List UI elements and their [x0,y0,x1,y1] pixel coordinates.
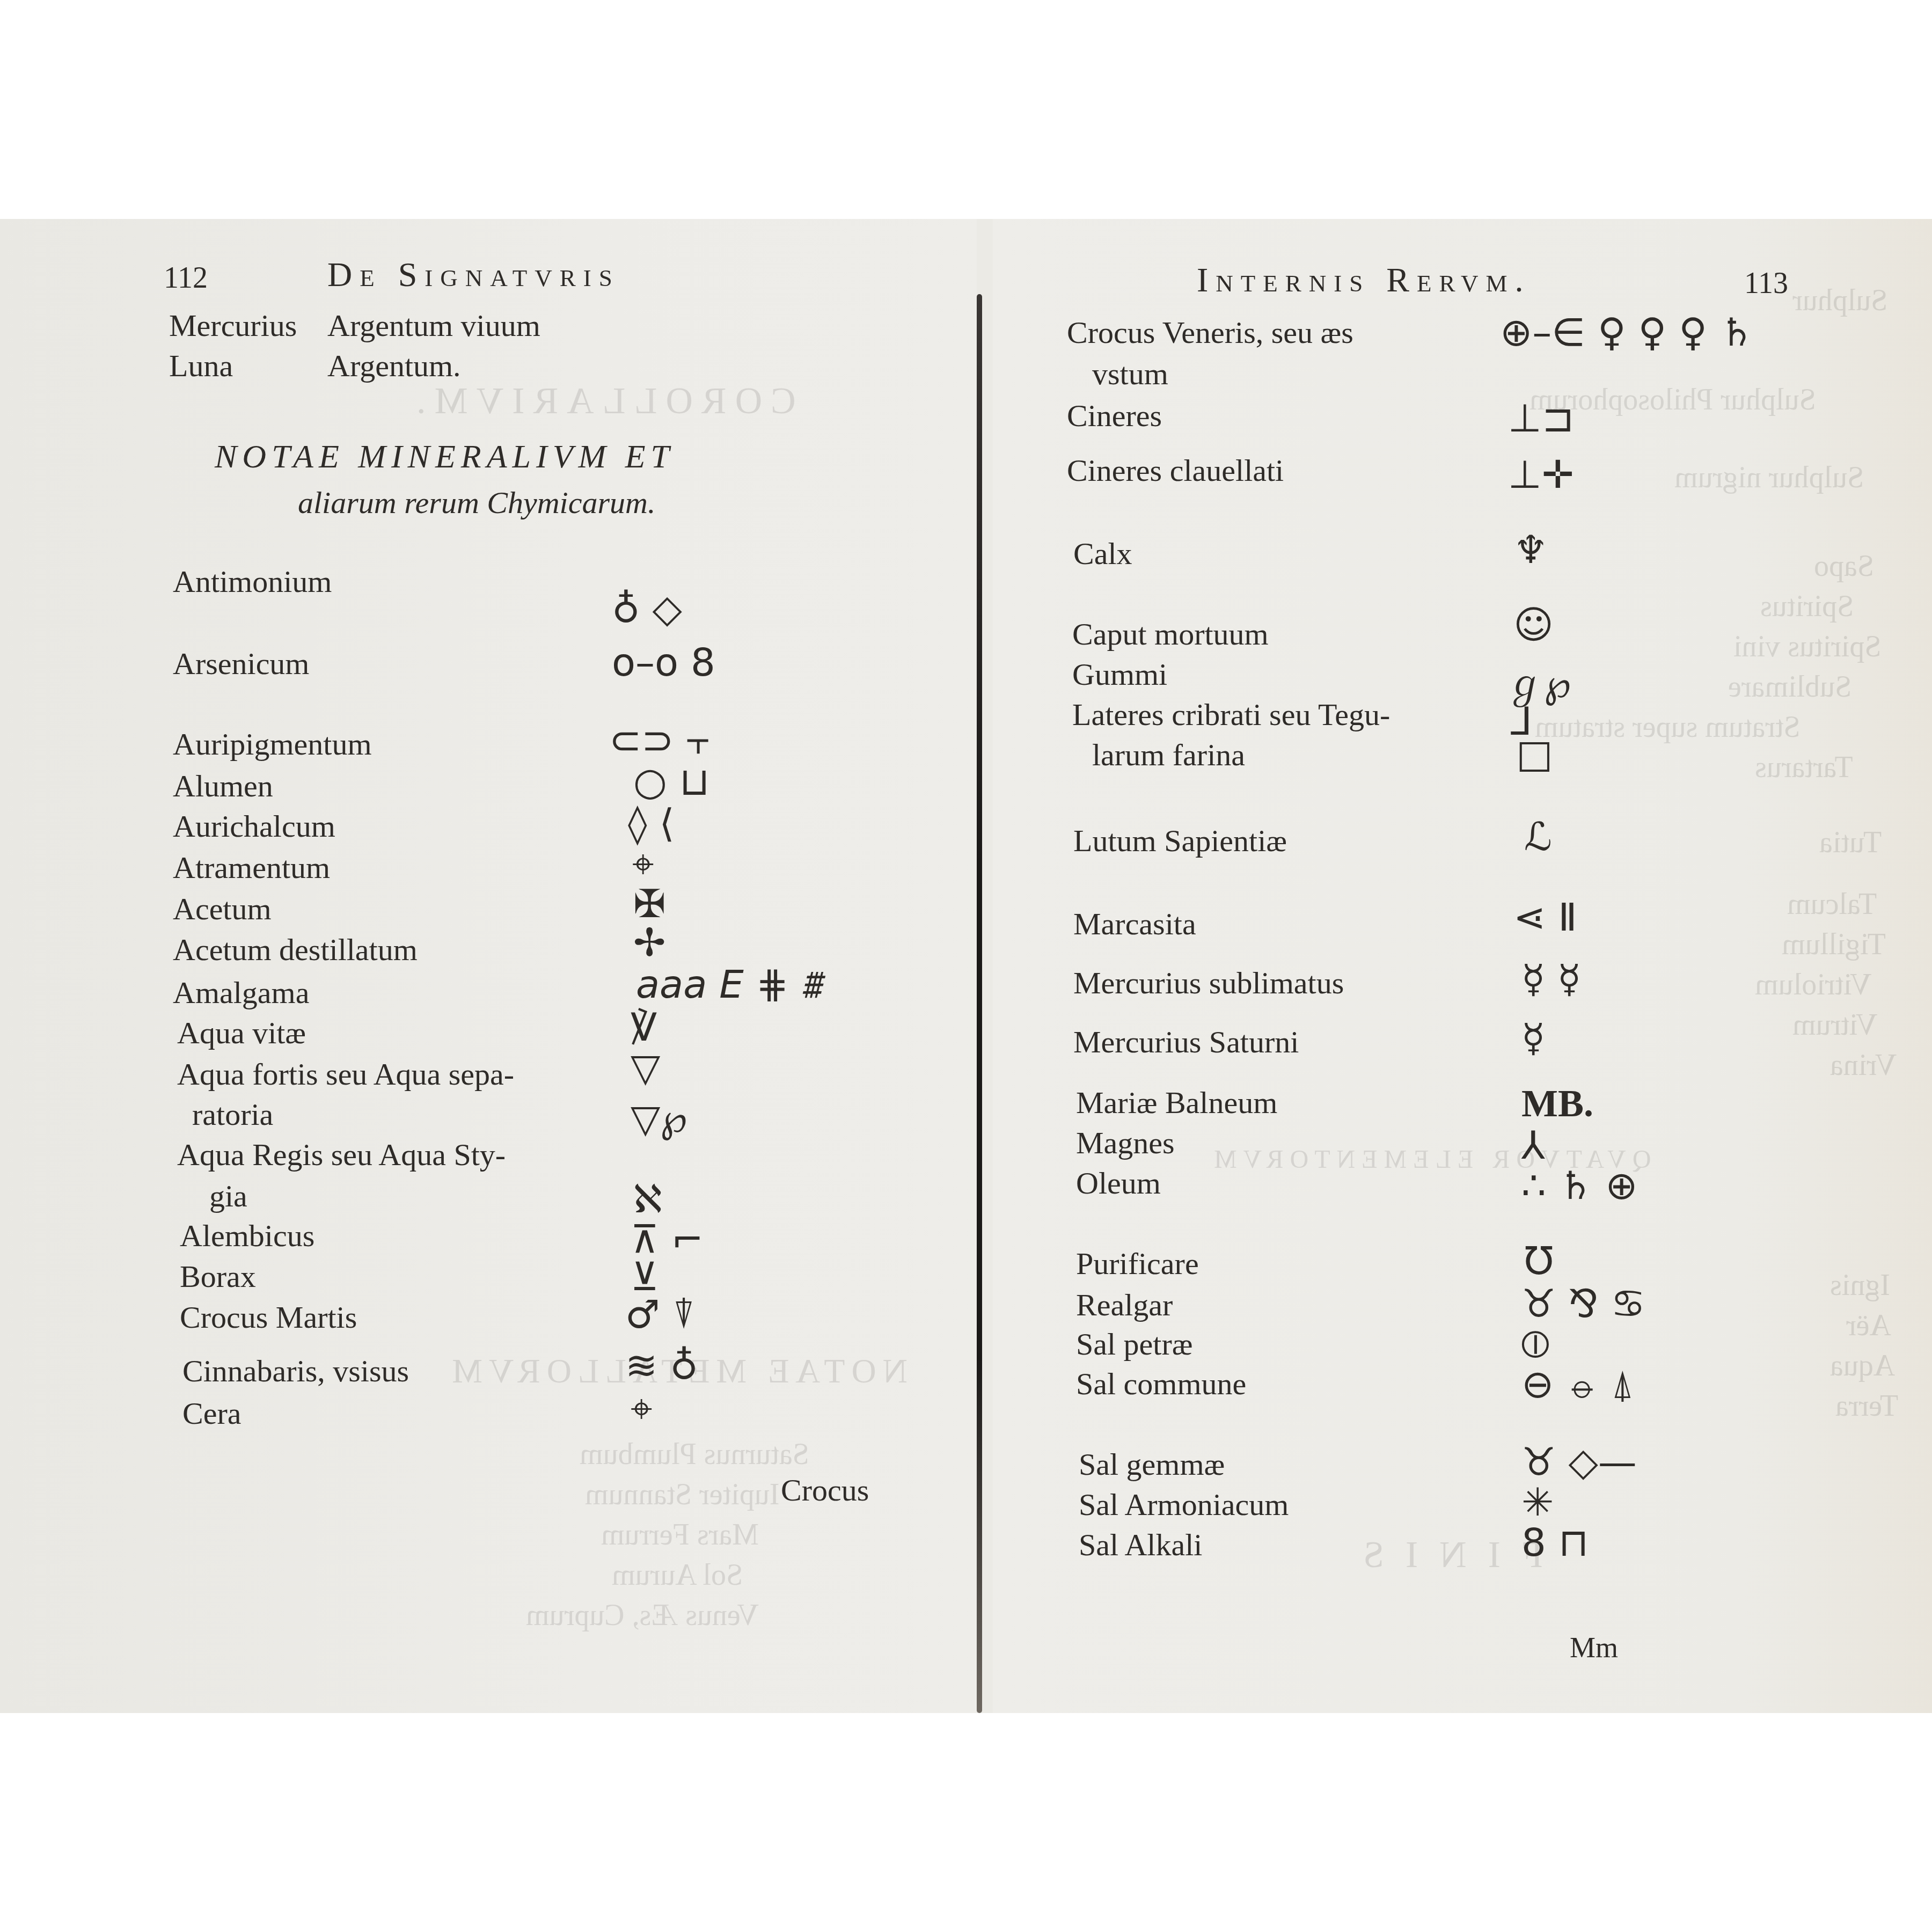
entry-label: Mercurius Saturni [1073,1027,1299,1058]
show-through-text: FINIS [1342,1534,1543,1577]
entry-label: Sal Armoniacum [1079,1489,1289,1520]
entry-label: Sal commune [1076,1368,1246,1400]
show-through-text: Vitriolum [1755,968,1872,1002]
aqua-fortis-symbol-icon: ▽ [631,1048,660,1087]
mercurius-sublimatus-symbol-icon: ☿ ☿ [1521,960,1581,998]
show-through-text: Sapo [1814,549,1874,583]
entry-label: Aqua vitæ [177,1018,306,1049]
mariae-balneum-symbol-icon: MB. [1521,1084,1593,1123]
entry-label: Calx [1073,538,1132,569]
show-through-text: Vrina [1830,1048,1897,1082]
entry-label: Aqua Regis seu Aqua Sty- [177,1139,506,1170]
cineres-clauellati-symbol-icon: ⊥✛ [1508,455,1574,494]
section-subtitle: aliarum rerum Chymicarum. [298,487,655,518]
entry-label: Aqua fortis seu Aqua sepa- [177,1059,514,1090]
show-through-text: QVATVOR ELEMENTORVM [1207,1145,1651,1174]
crocus-veneris-symbol-icon: ⊕–∈ ♀ ♀ ♀ ♄ [1500,313,1754,352]
cera-symbol-icon: ⌖ [631,1389,653,1428]
intro-term-2: Luna [169,350,233,382]
entry-label: Antimonium [173,566,332,597]
intro-term-1: Mercurius [169,310,297,341]
show-through-text: Spiritus [1760,589,1854,624]
show-through-text: Sulphur Philosophorum [1529,383,1816,417]
sal-gemmae-symbol-icon: ♉ ◇— [1521,1443,1637,1481]
entry-label: Sal petræ [1076,1329,1192,1360]
sal-petrae-symbol-icon: ⦶ [1521,1324,1549,1363]
entry-label: Crocus Martis [180,1302,357,1333]
alumen-symbol-icon: ○ ⊔ [633,762,709,801]
signature-mark: Mm [1570,1633,1618,1662]
show-through-text: Tutia [1819,825,1882,860]
aurichalcum-symbol-icon: ◊ ⟨ [628,804,675,843]
entry-label: ratoria [192,1099,273,1130]
show-through-text: Tigillum [1782,927,1886,962]
auripigmentum-symbol-icon: ⊂⊃ ⫟ [609,721,709,759]
entry-label: Realgar [1076,1290,1173,1321]
atramentum-symbol-icon: ⌖ [632,844,654,883]
left-running-head: De Signatvris [327,258,620,292]
realgar-symbol-icon: ♉ ⅋ ♋ [1521,1284,1645,1323]
arsenicum-symbol-icon: o–o 8 [612,643,715,682]
left-page: 112 De Signatvris Mercurius Argentum viu… [0,219,977,1713]
intro-meaning-1: Argentum viuum [327,310,540,341]
marcasita-symbol-icon: ⋖ Ⅱ [1513,898,1577,936]
entry-label: Caput mortuum [1072,619,1269,650]
show-through-text: Mars Ferrum [601,1518,759,1552]
entry-label: Cera [182,1398,241,1429]
show-through-text: Saturnus Plumbum [580,1437,809,1472]
show-through-text: NOTAE METALLORVM [445,1351,908,1391]
entry-label: Lutum Sapientiæ [1073,825,1287,857]
gutter-shadow [977,294,982,1713]
intro-meaning-2: Argentum. [327,350,461,382]
show-through-text: Sol Aurum [612,1558,743,1592]
entry-label: Auripigmentum [173,729,372,760]
show-through-text: Spiritus vini [1733,630,1881,664]
show-through-text: Aër [1846,1308,1891,1343]
entry-label: Arsenicum [173,648,310,679]
caput-mortuum-symbol-icon: ☺ [1513,605,1554,644]
alembicus-symbol-icon: ⊼ ⌐ [631,1220,704,1258]
entry-label: Lateres cribrati seu Tegu- [1072,699,1390,730]
entry-label: Crocus Veneris, seu æs [1067,317,1353,348]
show-through-text: Ignis [1830,1268,1890,1302]
acetum-symbol-icon: ✠ [633,884,665,923]
entry-label: Alumen [173,771,273,802]
lutum-sapientiae-symbol-icon: ℒ [1524,817,1552,856]
entry-label: gia [209,1181,247,1212]
entry-label: Cineres [1067,400,1162,431]
entry-label: Atramentum [173,852,330,883]
sal-commune-symbol-icon: ⊖ ⦵ ⍋ [1521,1365,1634,1403]
right-page: Internis Rervm. 113 Crocus Veneris, seu … [993,219,1932,1713]
entry-label: Cineres clauellati [1067,455,1284,486]
entry-label: Sal gemmæ [1079,1449,1225,1480]
entry-label: Alembicus [180,1220,314,1252]
calx-symbol-icon: ♆ [1513,530,1548,569]
book-gutter [970,219,989,1713]
catchword: Crocus [781,1475,869,1506]
show-through-text: Talcum [1787,887,1877,921]
sal-armoniacum-symbol-icon: ✳ [1521,1483,1554,1521]
aqua-regis-symbol-icon: ℵ [633,1180,662,1218]
entry-label: Acetum destillatum [173,934,418,965]
entry-label: Magnes [1076,1128,1175,1159]
acetum-destillatum-symbol-icon: ✢ [633,923,665,962]
entry-label: Amalgama [173,977,309,1008]
entry-label: Cinnabaris, vsisus [182,1356,409,1387]
entry-label: Acetum [173,894,272,925]
borax-symbol-icon: ⊻ [631,1257,659,1296]
right-running-head: Internis Rervm. [1197,263,1531,297]
entry-label: Oleum [1076,1168,1161,1199]
show-through-text: Venus Æs, Cuprum [526,1598,759,1633]
entry-label: Marcasita [1073,909,1196,940]
show-through-text: Sulphur nigrum [1674,460,1864,495]
crocus-martis-symbol-icon: ♂ ⍒ [625,1295,696,1334]
amalgama-symbol-icon: aaa E ⋕ ⩩ [636,965,821,1004]
entry-label: Purificare [1076,1248,1199,1279]
aqua-vitae-symbol-icon: ℣ [631,1008,657,1046]
entry-label: larum farina [1092,740,1245,771]
show-through-text: Terra [1835,1389,1898,1423]
entry-label: Gummi [1072,659,1167,690]
show-through-text: Sublimare [1728,670,1851,704]
entry-label: Borax [180,1261,256,1292]
entry-label: Mariæ Balneum [1076,1087,1277,1118]
left-folio: 112 [164,263,208,293]
aqua-separatoria-symbol-icon: ▽℘ [631,1099,687,1138]
entry-label: vstum [1092,358,1168,390]
entry-label: Sal Alkali [1079,1529,1202,1561]
entry-label: Aurichalcum [173,811,335,842]
show-through-text: Stratum super stratum [1535,710,1801,744]
purificare-symbol-icon: ℧ [1524,1241,1554,1280]
mercurius-saturni-symbol-icon: ☿ [1521,1019,1545,1057]
section-title: NOTAE MINERALIVM ET [215,440,675,473]
entry-label: Mercurius sublimatus [1073,968,1344,999]
show-through-text: COROLLARIVM. [408,380,796,423]
gummi-symbol-icon: ℊ℘ [1505,664,1571,703]
show-through-text: Vitrum [1792,1008,1877,1042]
antimonium-symbol-icon: ♁ ◇ [612,589,682,628]
show-through-text: Aqua [1830,1349,1895,1383]
right-folio: 113 [1744,268,1788,298]
book-spread: 112 De Signatvris Mercurius Argentum viu… [0,219,1932,1713]
show-through-text: Iupiter Stannum [585,1477,779,1512]
show-through-text: Sulphur [1792,283,1887,318]
show-through-text: Tartarus [1755,750,1853,785]
